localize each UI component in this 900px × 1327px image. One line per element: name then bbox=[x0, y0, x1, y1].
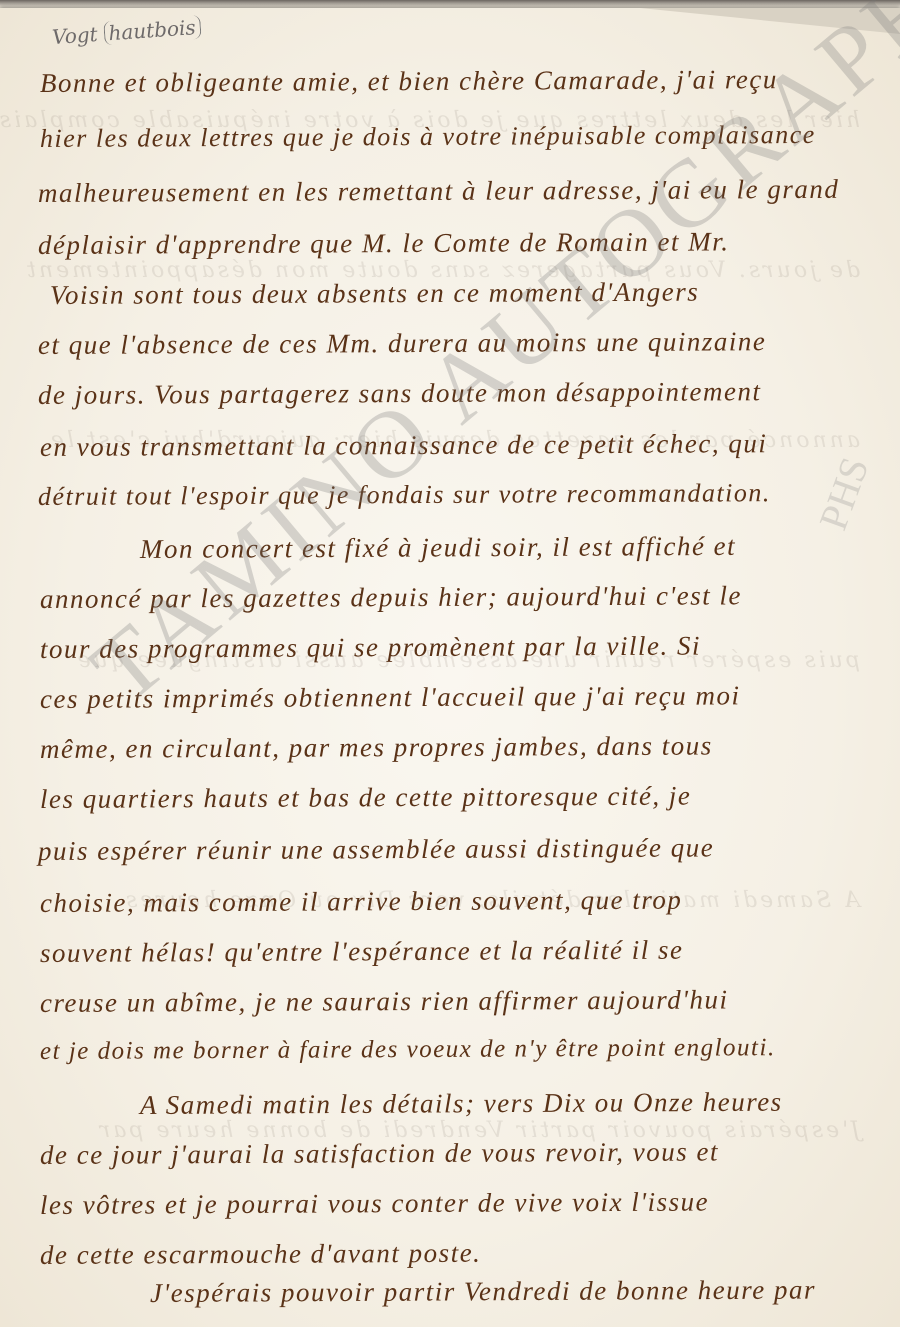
pencil-annotation-name: Vogt bbox=[51, 22, 98, 49]
letter-line-16: puis espérer réunir une assemblée aussi … bbox=[38, 832, 714, 867]
letter-line-17: choisie, mais comme il arrive bien souve… bbox=[40, 885, 683, 919]
folded-corner bbox=[640, 8, 900, 34]
letter-line-20: et je dois me borner à faire des voeux d… bbox=[40, 1034, 776, 1066]
letter-line-14: même, en circulant, par mes propres jamb… bbox=[40, 730, 713, 765]
letter-line-23: les vôtres et je pourrai vous conter de … bbox=[40, 1186, 709, 1221]
pencil-annotation-instrument: hautbois bbox=[103, 15, 202, 46]
letter-line-11: annoncé par les gazettes depuis hier; au… bbox=[40, 580, 742, 615]
letter-line-3: malheureusement en les remettant à leur … bbox=[38, 174, 840, 209]
letter-line-5: Voisin sont tous deux absents en ce mome… bbox=[50, 277, 699, 311]
letter-line-2: hier les deux lettres que je dois à votr… bbox=[40, 120, 816, 154]
letter-page: hier les deux lettres que je dois à votr… bbox=[0, 8, 900, 1327]
letter-line-1: Bonne et obligeante amie, et bien chère … bbox=[40, 64, 778, 99]
letter-line-8: en vous transmettant la connaissance de … bbox=[40, 428, 767, 463]
letter-line-15: les quartiers hauts et bas de cette pitt… bbox=[40, 781, 692, 815]
pencil-annotation: Vogthautbois bbox=[51, 15, 201, 49]
letter-line-24: de cette escarmouche d'avant poste. bbox=[40, 1238, 482, 1271]
scan-shadow bbox=[0, 0, 900, 6]
letter-line-7: de jours. Vous partagerez sans doute mon… bbox=[38, 376, 762, 411]
letter-line-6: et que l'absence de ces Mm. durera au mo… bbox=[38, 326, 767, 361]
manuscript-scan: hier les deux lettres que je dois à votr… bbox=[0, 0, 900, 1327]
letter-line-12: tour des programmes qui se promènent par… bbox=[40, 631, 701, 665]
letter-line-10: Mon concert est fixé à jeudi soir, il es… bbox=[140, 531, 736, 565]
letter-line-9: détruit tout l'espoir que je fondais sur… bbox=[38, 478, 771, 512]
letter-line-22: de ce jour j'aurai la satisfaction de vo… bbox=[40, 1136, 719, 1171]
letter-line-4: déplaisir d'apprendre que M. le Comte de… bbox=[38, 226, 730, 261]
letter-line-19: creuse un abîme, je ne saurais rien affi… bbox=[40, 984, 729, 1019]
letter-line-25: J'espérais pouvoir partir Vendredi de bo… bbox=[150, 1275, 816, 1309]
letter-line-13: ces petits imprimés obtiennent l'accueil… bbox=[40, 680, 741, 715]
letter-line-21: A Samedi matin les détails; vers Dix ou … bbox=[140, 1087, 783, 1121]
letter-line-18: souvent hélas! qu'entre l'espérance et l… bbox=[40, 935, 684, 969]
